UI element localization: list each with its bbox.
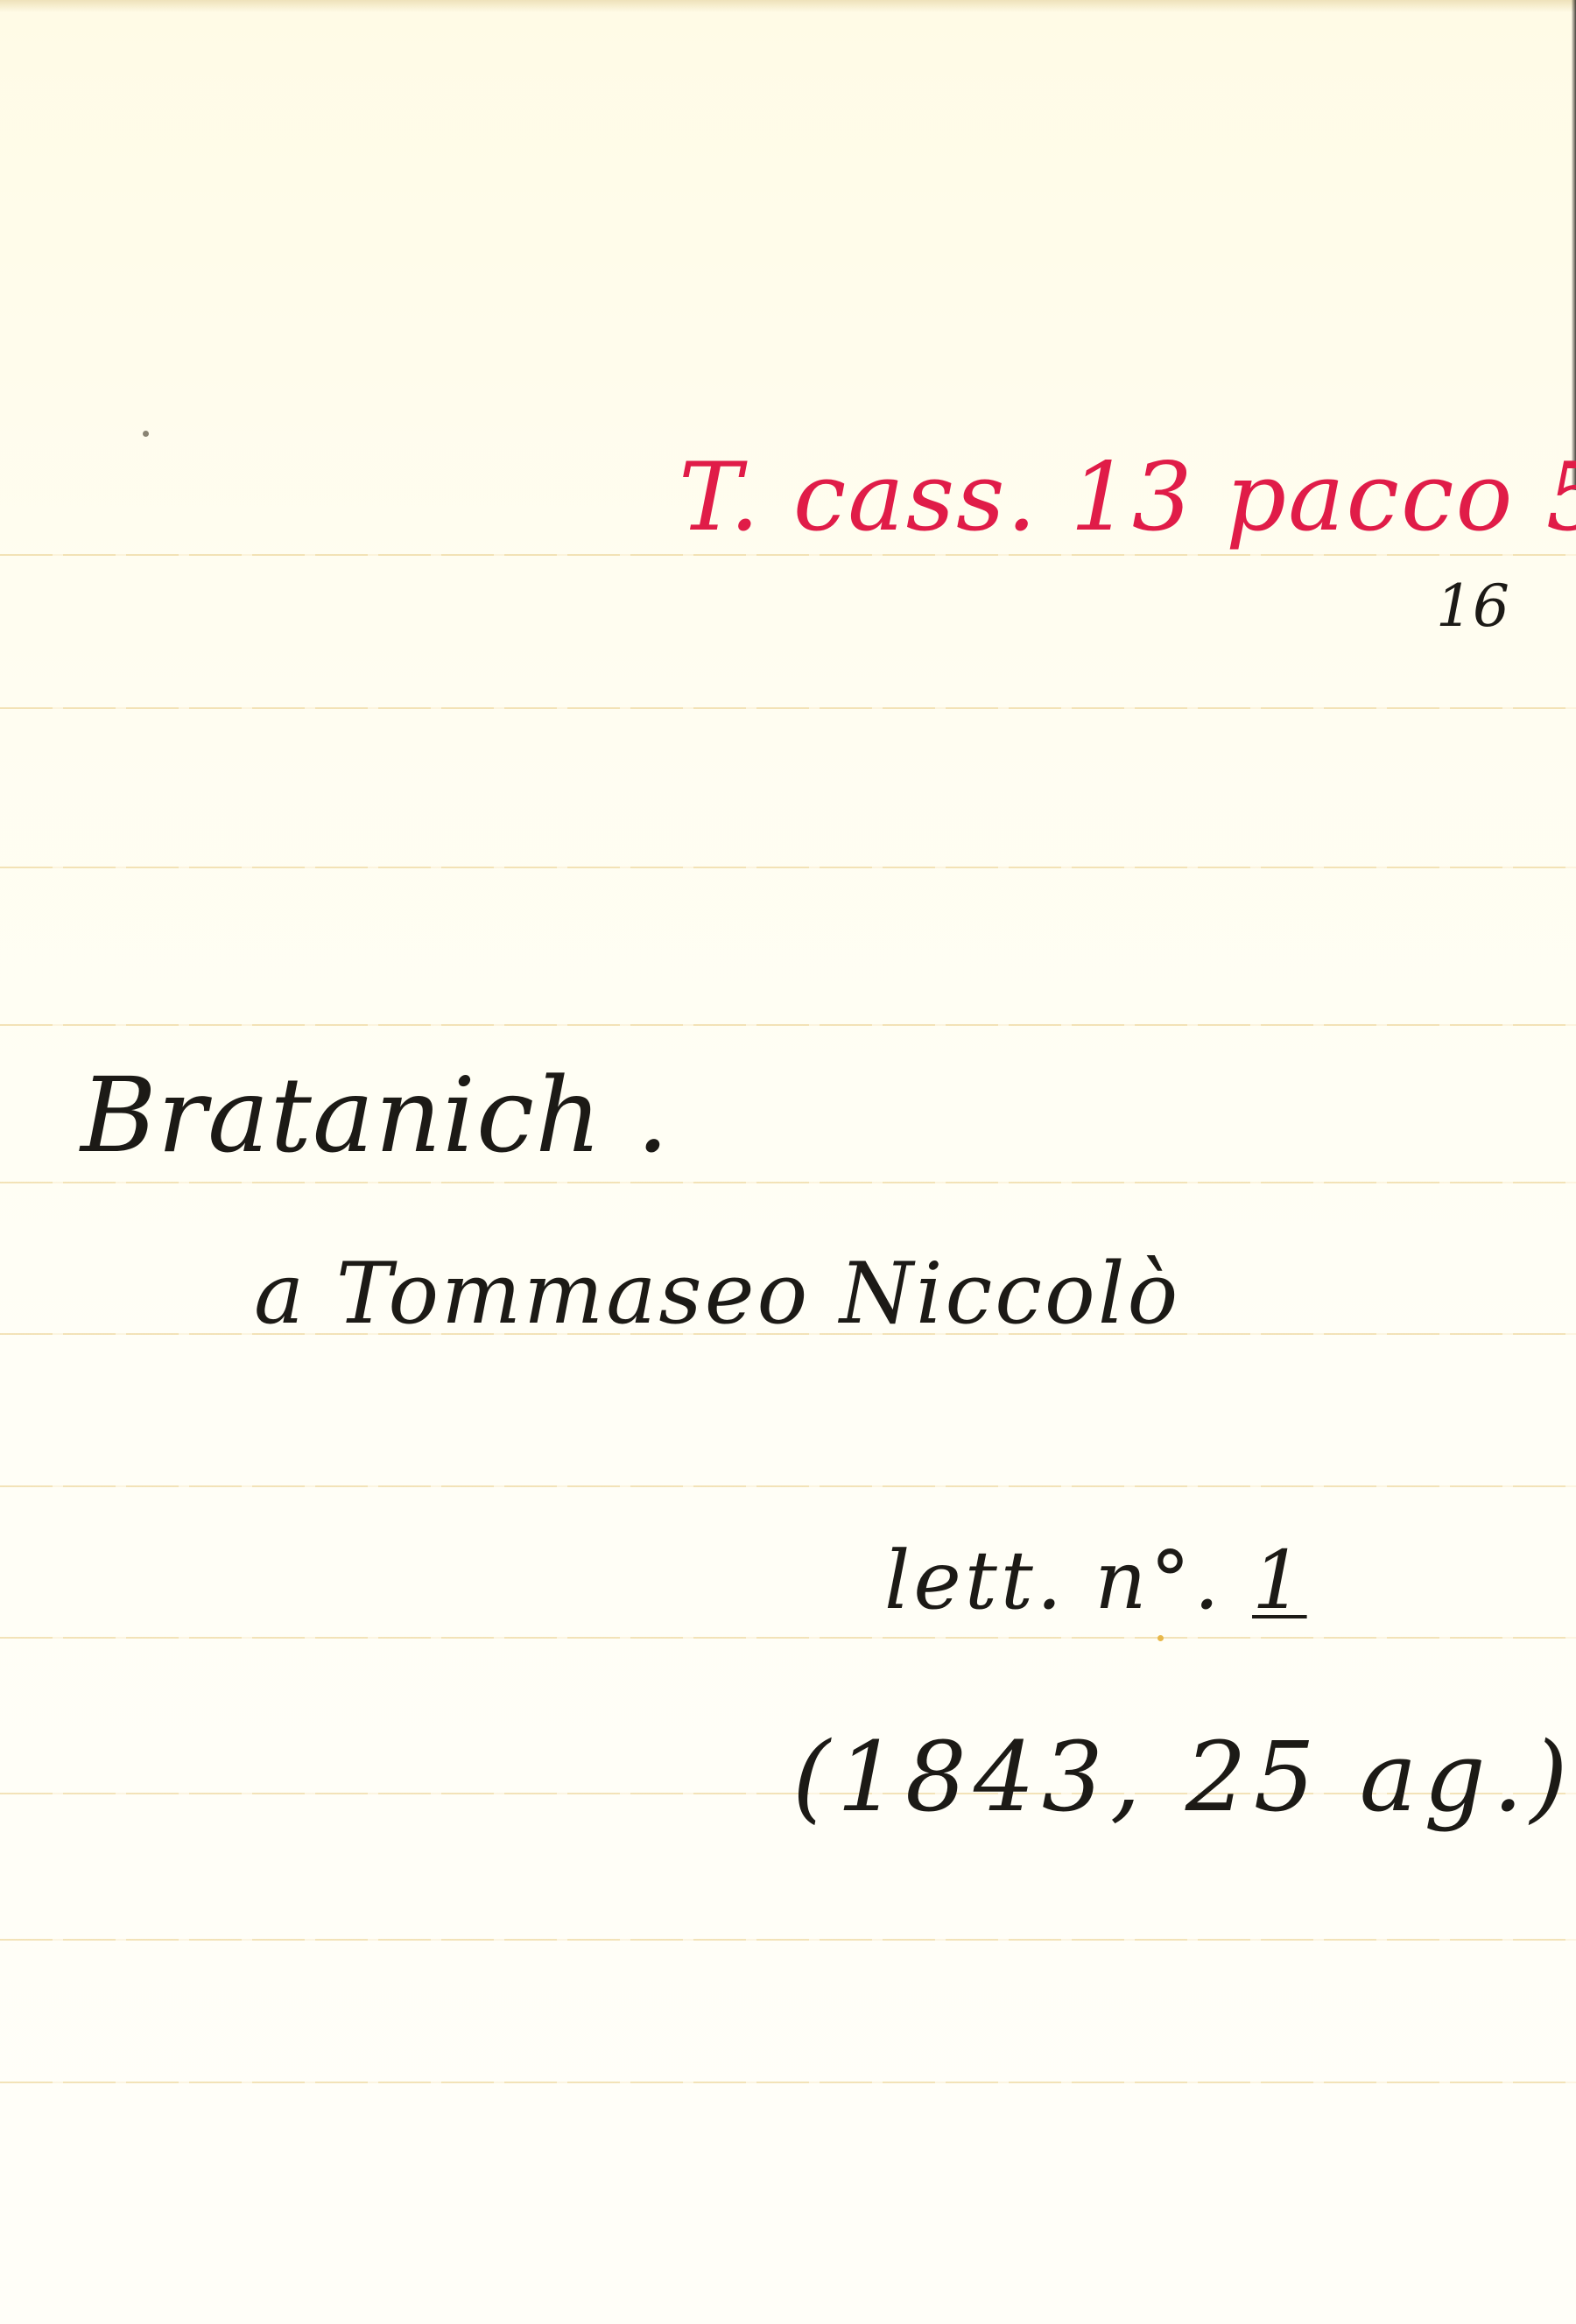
letter-number-prefix: lett. n°. xyxy=(884,1534,1223,1627)
ruled-line xyxy=(0,1939,1576,1941)
ruled-line xyxy=(0,867,1576,868)
ruled-line xyxy=(0,2082,1576,2083)
ink-speck xyxy=(1157,1635,1164,1641)
card-edge-shadow xyxy=(1572,0,1576,490)
archival-index-card: T. cass. 13 pacco 58, 16 Bratanich . a T… xyxy=(0,0,1576,2324)
ruled-line xyxy=(0,1637,1576,1639)
archive-reference: T. cass. 13 pacco 58, xyxy=(679,451,1576,545)
ruled-line xyxy=(0,707,1576,709)
letter-number: lett. n°. 1 xyxy=(884,1541,1307,1621)
ruled-line xyxy=(0,1024,1576,1026)
ruled-line xyxy=(0,1485,1576,1487)
ink-speck xyxy=(143,431,149,437)
ruled-line xyxy=(0,554,1576,556)
letter-number-value: 1 xyxy=(1252,1534,1307,1627)
sub-number: 16 xyxy=(1436,578,1509,635)
author-name: Bratanich . xyxy=(81,1064,670,1167)
letter-date: (1843, 25 ag.) xyxy=(792,1729,1575,1825)
recipient-name: a Tommaseo Niccolò xyxy=(254,1252,1180,1336)
ruled-line xyxy=(0,1182,1576,1183)
